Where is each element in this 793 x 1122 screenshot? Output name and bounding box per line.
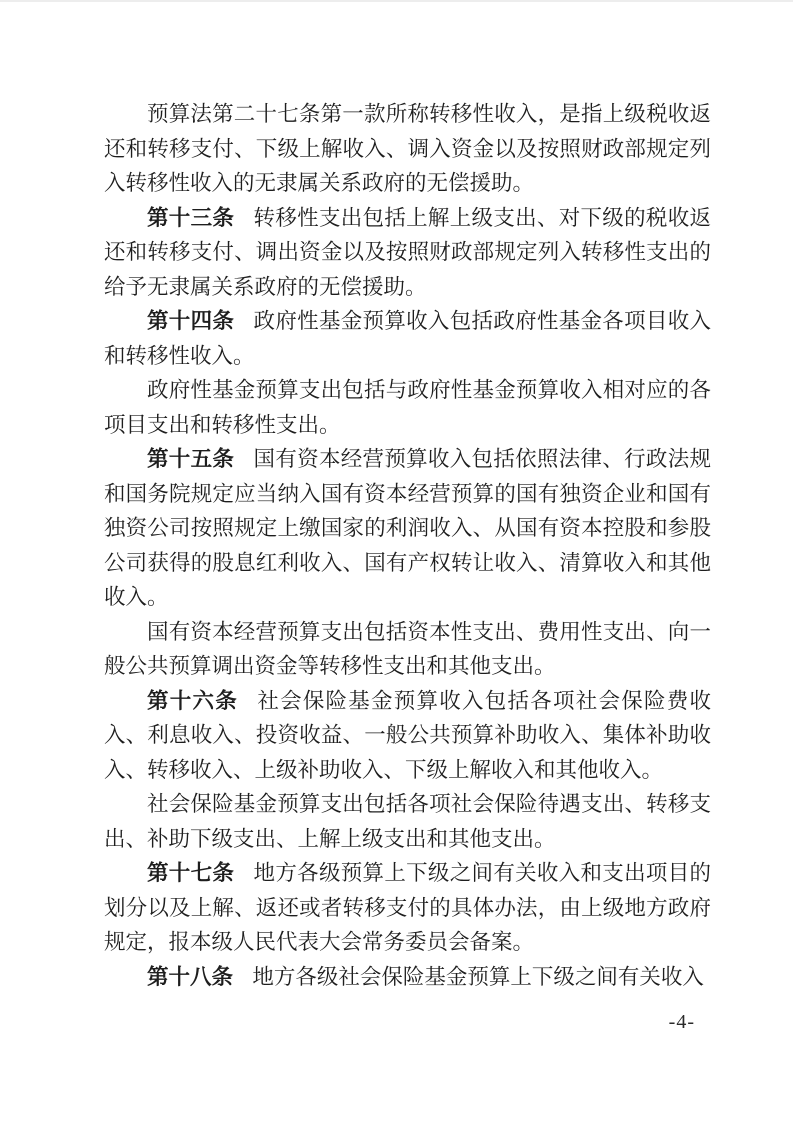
article-lead: 第十六条 bbox=[147, 689, 238, 713]
page-number: -4- bbox=[669, 1008, 695, 1036]
paragraph-text: 地方各级社会保险基金预算上下级之间有关收入 bbox=[252, 965, 704, 989]
paragraph: 第十七条地方各级预算上下级之间有关收入和支出项目的划分以及上解、返还或者转移支付… bbox=[104, 856, 711, 960]
paragraph-text: 预算法第二十七条第一款所称转移性收入，是指上级税收返还和转移支付、下级上解收入、… bbox=[104, 102, 711, 195]
paragraph: 国有资本经营预算支出包括资本性支出、费用性支出、向一般公共预算调出资金等转移性支… bbox=[104, 615, 711, 684]
article-lead: 第十三条 bbox=[147, 206, 234, 230]
paragraph: 第十四条政府性基金预算收入包括政府性基金各项目收入和转移性收入。 bbox=[104, 304, 711, 373]
paragraph: 政府性基金预算支出包括与政府性基金预算收入相对应的各项目支出和转移性支出。 bbox=[104, 373, 711, 442]
paragraph-text: 社会保险基金预算支出包括各项社会保险待遇支出、转移支出、补助下级支出、上解上级支… bbox=[104, 792, 711, 851]
paragraph: 社会保险基金预算支出包括各项社会保险待遇支出、转移支出、补助下级支出、上解上级支… bbox=[104, 787, 711, 856]
article-lead: 第十七条 bbox=[147, 861, 234, 885]
article-lead: 第十四条 bbox=[147, 309, 234, 333]
paragraph: 预算法第二十七条第一款所称转移性收入，是指上级税收返还和转移支付、下级上解收入、… bbox=[104, 97, 711, 201]
paragraph-text: 国有资本经营预算支出包括资本性支出、费用性支出、向一般公共预算调出资金等转移性支… bbox=[104, 620, 711, 679]
paragraph-text: 国有资本经营预算收入包括依照法律、行政法规和国务院规定应当纳入国有资本经营预算的… bbox=[104, 447, 711, 609]
document-body: 预算法第二十七条第一款所称转移性收入，是指上级税收返还和转移支付、下级上解收入、… bbox=[104, 97, 711, 994]
scan-edge-artifact bbox=[0, 0, 793, 2]
document-page: 预算法第二十七条第一款所称转移性收入，是指上级税收返还和转移支付、下级上解收入、… bbox=[0, 0, 793, 1122]
article-lead: 第十五条 bbox=[147, 447, 234, 471]
paragraph: 第十八条地方各级社会保险基金预算上下级之间有关收入 bbox=[104, 960, 711, 995]
paragraph: 第十三条转移性支出包括上解上级支出、对下级的税收返还和转移支付、调出资金以及按照… bbox=[104, 201, 711, 305]
paragraph: 第十五条国有资本经营预算收入包括依照法律、行政法规和国务院规定应当纳入国有资本经… bbox=[104, 442, 711, 615]
paragraph-text: 政府性基金预算支出包括与政府性基金预算收入相对应的各项目支出和转移性支出。 bbox=[104, 378, 711, 437]
paragraph: 第十六条社会保险基金预算收入包括各项社会保险费收入、利息收入、投资收益、一般公共… bbox=[104, 684, 711, 788]
article-lead: 第十八条 bbox=[147, 965, 233, 989]
